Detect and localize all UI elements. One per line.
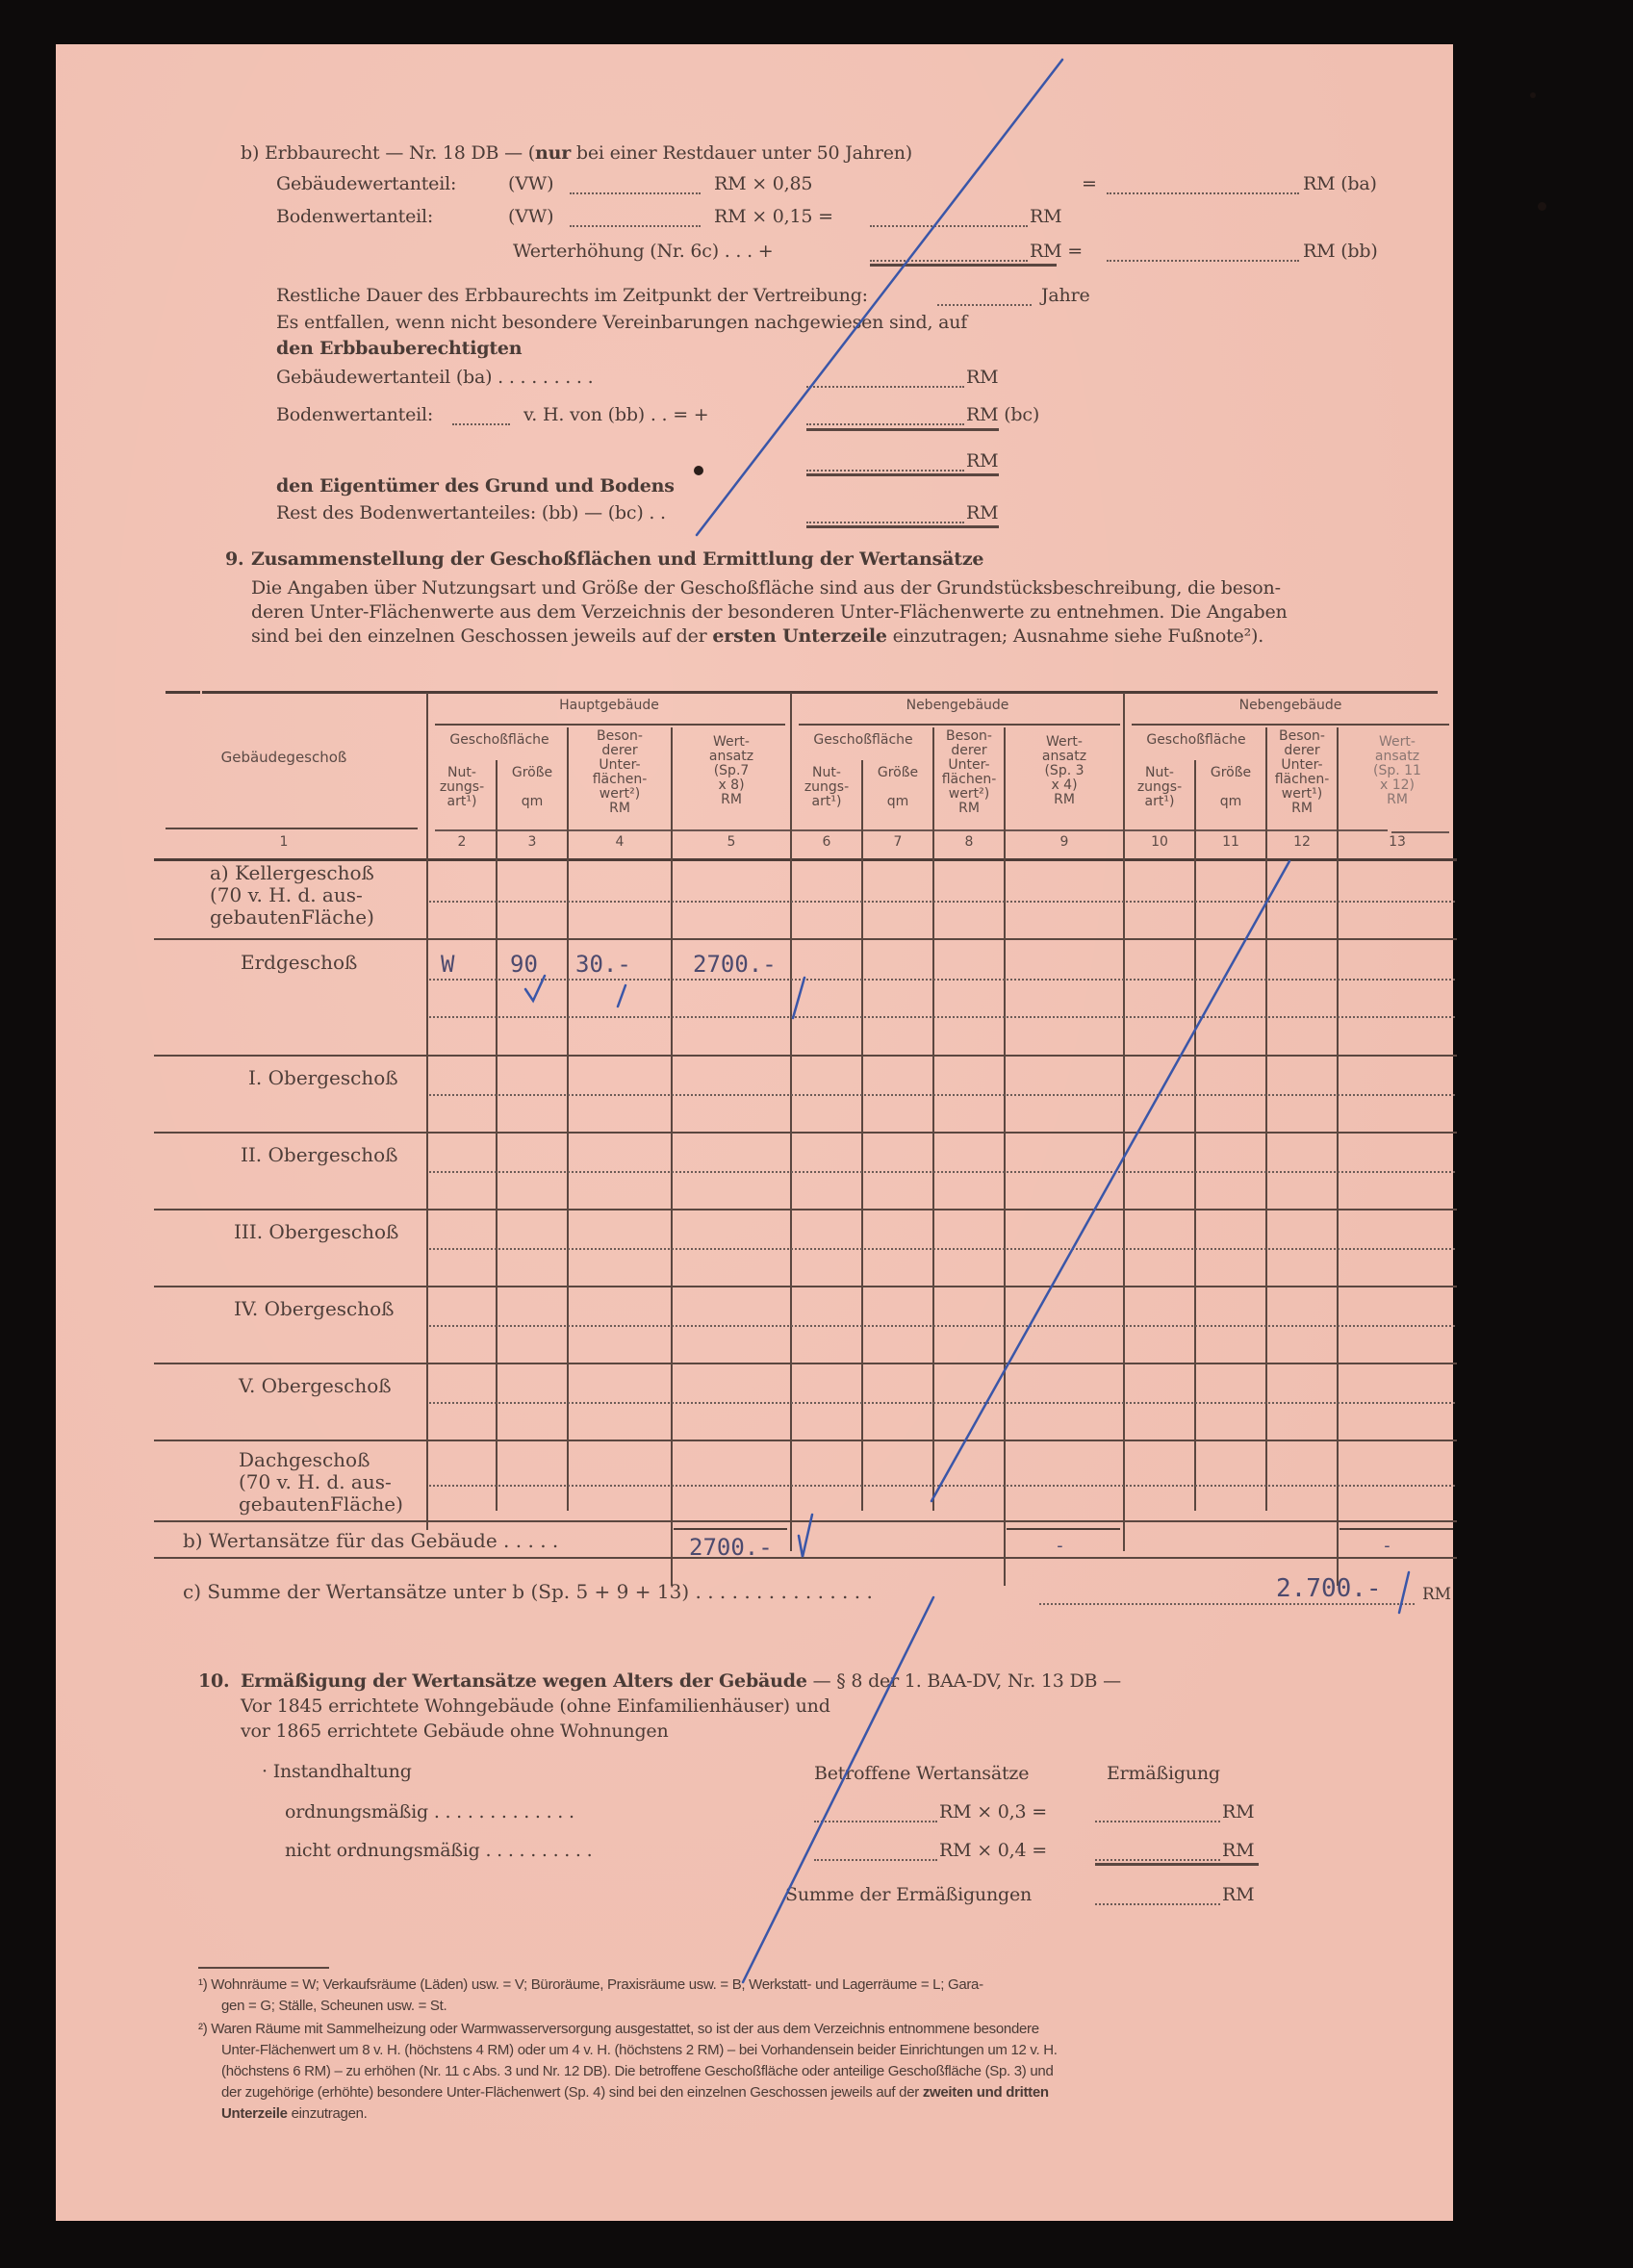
rm-unit: RM <box>966 450 998 471</box>
rm-unit: RM <box>966 502 998 523</box>
rm-bb-unit: RM (bb) <box>1303 241 1378 262</box>
col-groesse: Größe qm <box>1195 766 1266 809</box>
divider <box>1340 1528 1453 1530</box>
divider <box>435 724 785 726</box>
boden-result-field[interactable] <box>870 212 1028 227</box>
group-nebengebaeude-2: Nebengebäude <box>1124 699 1457 713</box>
col-wertansatz: Wert- ansatz (Sp. 3 x 4) RM <box>1005 735 1124 807</box>
equals-sign: = <box>1082 173 1097 194</box>
col-ermaessigung: Ermäßigung <box>1107 1763 1220 1784</box>
col-num: 4 <box>568 835 672 850</box>
section-number: 10. <box>198 1670 229 1692</box>
table-border <box>202 691 1438 694</box>
col-betroffene-wertansaetze: Betroffene Wertansätze <box>814 1763 1029 1784</box>
col-line <box>1194 760 1196 1511</box>
erdgeschoss-nutzungsart-value[interactable]: W <box>441 951 454 978</box>
footnote-2: ²) Waren Räume mit Sammelheizung oder Wa… <box>198 2019 1039 2039</box>
section-9-paragraph: sind bei den einzelnen Geschossen jeweil… <box>251 625 1263 647</box>
factor-04: RM × 0,4 = <box>939 1840 1047 1861</box>
footnote-2-cont: der zugehörige (erhöhte) besondere Unter… <box>221 2082 1049 2102</box>
col-line <box>671 727 673 1586</box>
erdgeschoss-wertansatz-value[interactable]: 2700.- <box>693 951 777 978</box>
section-10-text: vor 1865 errichtete Gebäude ohne Wohnung… <box>241 1720 669 1742</box>
gebaeude-ba-field[interactable] <box>806 372 964 388</box>
boden-vw-field[interactable] <box>570 212 701 227</box>
row-dachgeschoss: Dachgeschoß (70 v. H. d. aus- gebautenFl… <box>239 1449 403 1516</box>
section-9-paragraph: Die Angaben über Nutzungsart und Größe d… <box>251 577 1281 599</box>
col-num: 11 <box>1195 835 1266 850</box>
rm-unit: RM <box>1030 206 1061 227</box>
col-line <box>426 693 428 1530</box>
bc-underline <box>806 428 999 431</box>
row-3-obergeschoss: III. Obergeschoß <box>234 1220 398 1243</box>
col-gebaeudegeschoss: Gebäudegeschoß <box>154 751 414 765</box>
footnote-2-cont: Unter-Flächenwert um 8 v. H. (höchstens … <box>221 2040 1058 2060</box>
bodenwertanteil-label: Bodenwertanteil: <box>276 206 433 227</box>
footnote-1-cont: gen = G; Ställe, Scheunen usw. = St. <box>221 1996 447 2016</box>
section-number: 9. <box>225 548 243 570</box>
col-wertansatz: Wert- ansatz (Sp.7 x 8) RM <box>672 735 791 807</box>
nicht-ordnungsmaessig-wert-field[interactable] <box>814 1846 937 1861</box>
section-10-title: Ermäßigung der Wertansätze wegen Alters … <box>241 1670 1121 1692</box>
col-line <box>1123 693 1125 1551</box>
col-wertansatz: Wert- ansatz (Sp. 11 x 12) RM <box>1338 735 1457 807</box>
werterhoehung-label: Werterhöhung (Nr. 6c) . . . + <box>513 241 774 262</box>
rest-field[interactable] <box>806 508 964 523</box>
col-num: 5 <box>672 835 791 850</box>
ordnungsmaessig-wert-field[interactable] <box>814 1807 937 1822</box>
rm-unit: RM <box>1422 1584 1451 1605</box>
dotted-line <box>1039 1603 1415 1605</box>
jahre-unit: Jahre <box>1041 285 1090 306</box>
nicht-ordnungsmaessig-ermaessigung-field[interactable] <box>1095 1846 1220 1861</box>
divider <box>166 828 418 829</box>
col-besonderer: Beson- derer Unter- flächen- wert²) RM <box>568 729 672 816</box>
rm-equals: RM = <box>1030 241 1083 262</box>
row-5-obergeschoss: V. Obergeschoß <box>239 1374 392 1397</box>
restdauer-field[interactable] <box>937 291 1032 306</box>
col-groesse: Größe qm <box>862 766 933 809</box>
col-num: 12 <box>1266 835 1338 850</box>
gebaeude-ba-label: Gebäudewertanteil (ba) . . . . . . . . . <box>276 367 593 388</box>
col-line <box>567 727 569 1511</box>
restdauer-label: Restliche Dauer des Erbbaurechts im Zeit… <box>276 285 868 306</box>
rm-unit: RM <box>1222 1884 1254 1905</box>
bc-field[interactable] <box>806 410 964 425</box>
divider <box>435 829 1388 831</box>
row-kellergeschoss: a) Kellergeschoß (70 v. H. d. aus- gebau… <box>210 862 374 929</box>
gebaeudewertanteil-label: Gebäudewertanteil: <box>276 173 456 194</box>
col-geschossflaeche: Geschoßfläche <box>427 733 572 748</box>
col-line <box>1337 727 1339 1586</box>
row-b-sp9-value[interactable]: - <box>1055 1536 1065 1556</box>
ink-dot-icon <box>694 466 703 475</box>
erdgeschoss-groesse-value[interactable]: 90 <box>510 951 538 978</box>
rm-ba-unit: RM (ba) <box>1303 173 1377 194</box>
factor-085: RM × 0,85 <box>714 173 812 194</box>
col-num: 3 <box>497 835 568 850</box>
group-hauptgebaeude: Hauptgebäude <box>427 699 791 713</box>
rm-unit: RM <box>1222 1840 1254 1861</box>
rest-underline <box>806 525 999 528</box>
section-9-paragraph: deren Unter-Flächenwerte aus dem Verzeic… <box>251 601 1288 623</box>
factor-03: RM × 0,3 = <box>939 1801 1047 1822</box>
rm-unit: RM <box>1222 1801 1254 1822</box>
row-4-obergeschoss: IV. Obergeschoß <box>234 1297 395 1320</box>
col-line <box>861 760 863 1511</box>
rest-bodenwert-label: Rest des Bodenwertanteiles: (bb) — (bc) … <box>276 502 666 523</box>
col-num: 6 <box>791 835 862 850</box>
col-line <box>932 727 934 1511</box>
col-geschossflaeche: Geschoßfläche <box>1124 733 1268 748</box>
erdgeschoss-besonderer-value[interactable]: 30.- <box>575 951 631 978</box>
col-num: 2 <box>427 835 497 850</box>
werterhoehung-field[interactable] <box>870 246 1028 262</box>
punch-hole-icon <box>1530 92 1536 98</box>
row-b-sp13-value[interactable]: - <box>1382 1536 1392 1556</box>
col-num: 13 <box>1338 835 1457 850</box>
table-border <box>166 691 200 694</box>
divider <box>1007 1528 1120 1530</box>
ordnungsmaessig-ermaessigung-field[interactable] <box>1095 1807 1220 1822</box>
col-line <box>496 760 498 1511</box>
col-nutzungsart: Nut- zungs- art¹) <box>427 766 497 809</box>
footnote-2-cont: Unterzeile einzutragen. <box>221 2103 368 2124</box>
row-erdgeschoss: Erdgeschoß <box>241 951 357 974</box>
col-line <box>1265 727 1267 1511</box>
rm-bc-unit: RM (bc) <box>966 404 1039 425</box>
rm-unit: RM <box>966 367 998 388</box>
col-besonderer: Beson- derer Unter- flächen- wert²) RM <box>933 729 1005 816</box>
footnote-1: ¹) Wohnräume = W; Verkaufsräume (Läden) … <box>198 1975 983 1995</box>
footnote-rule <box>198 1967 329 1969</box>
col-groesse: Größe qm <box>497 766 568 809</box>
row-2-obergeschoss: II. Obergeschoß <box>241 1143 398 1166</box>
sum-field[interactable] <box>806 456 964 471</box>
row-c-summe-label: c) Summe der Wertansätze unter b (Sp. 5 … <box>183 1580 873 1603</box>
col-line <box>1004 727 1006 1586</box>
section-b-title: b) Erbbaurecht — Nr. 18 DB — (nur bei ei… <box>241 142 912 164</box>
row-1-obergeschoss: I. Obergeschoß <box>248 1066 398 1089</box>
row-b-sp5-value[interactable]: 2700.- <box>689 1534 773 1561</box>
vw-label: (VW) <box>508 206 553 227</box>
punch-hole-icon <box>1538 202 1546 211</box>
ordnungsmaessig-label: ordnungsmäßig . . . . . . . . . . . . . <box>285 1801 574 1822</box>
col-line <box>790 693 792 1551</box>
sum-underline <box>806 473 999 476</box>
erbbauberechtigten-heading: den Erbbauberechtigten <box>276 338 522 359</box>
eigentuemer-heading: den Eigentümer des Grund und Bodens <box>276 475 675 497</box>
section-9-title: Zusammenstellung der Geschoßflächen und … <box>251 548 983 570</box>
col-num: 1 <box>154 835 414 850</box>
col-geschossflaeche: Geschoßfläche <box>791 733 935 748</box>
group-nebengebaeude-1: Nebengebäude <box>791 699 1124 713</box>
row-b-wertansaetze-label: b) Wertansätze für das Gebäude . . . . . <box>183 1529 558 1552</box>
prozent-field[interactable] <box>452 410 510 425</box>
col-besonderer: Beson- derer Unter- flächen- wert¹) RM <box>1266 729 1338 816</box>
divider <box>674 1528 787 1530</box>
vh-von-bb: v. H. von (bb) . . = + <box>523 404 708 425</box>
sum-underline <box>1095 1863 1259 1866</box>
entfallen-text: Es entfallen, wenn nicht besondere Verei… <box>276 312 967 333</box>
gebaeude-vw-field[interactable] <box>570 179 701 194</box>
divider <box>1391 831 1449 833</box>
col-nutzungsart: Nut- zungs- art¹) <box>1124 766 1195 809</box>
divider <box>1132 724 1449 726</box>
ba-result-field[interactable] <box>1107 179 1299 194</box>
col-num: 8 <box>933 835 1005 850</box>
section-10-text: Vor 1845 errichtete Wohngebäude (ohne Ei… <box>241 1695 830 1717</box>
instandhaltung-label: · Instandhaltung <box>262 1761 412 1782</box>
bb-result-field[interactable] <box>1107 246 1299 262</box>
sum-underline <box>870 264 1057 267</box>
bodenwert-label: Bodenwertanteil: <box>276 404 433 425</box>
summe-ermaessigungen-field[interactable] <box>1095 1890 1220 1905</box>
col-num: 7 <box>862 835 933 850</box>
nicht-ordnungsmaessig-label: nicht ordnungsmäßig . . . . . . . . . . <box>285 1840 592 1861</box>
factor-015: RM × 0,15 = <box>714 206 833 227</box>
vw-label: (VW) <box>508 173 553 194</box>
col-num: 10 <box>1124 835 1195 850</box>
col-num: 9 <box>1005 835 1124 850</box>
row-c-summe-value[interactable]: 2.700.- <box>1276 1574 1382 1603</box>
footnote-2-cont: (höchstens 6 RM) – zu erhöhen (Nr. 11 c … <box>221 2061 1054 2081</box>
divider <box>799 724 1120 726</box>
col-nutzungsart: Nut- zungs- art¹) <box>791 766 862 809</box>
summe-ermaessigungen-label: Summe der Ermäßigungen <box>785 1884 1032 1905</box>
